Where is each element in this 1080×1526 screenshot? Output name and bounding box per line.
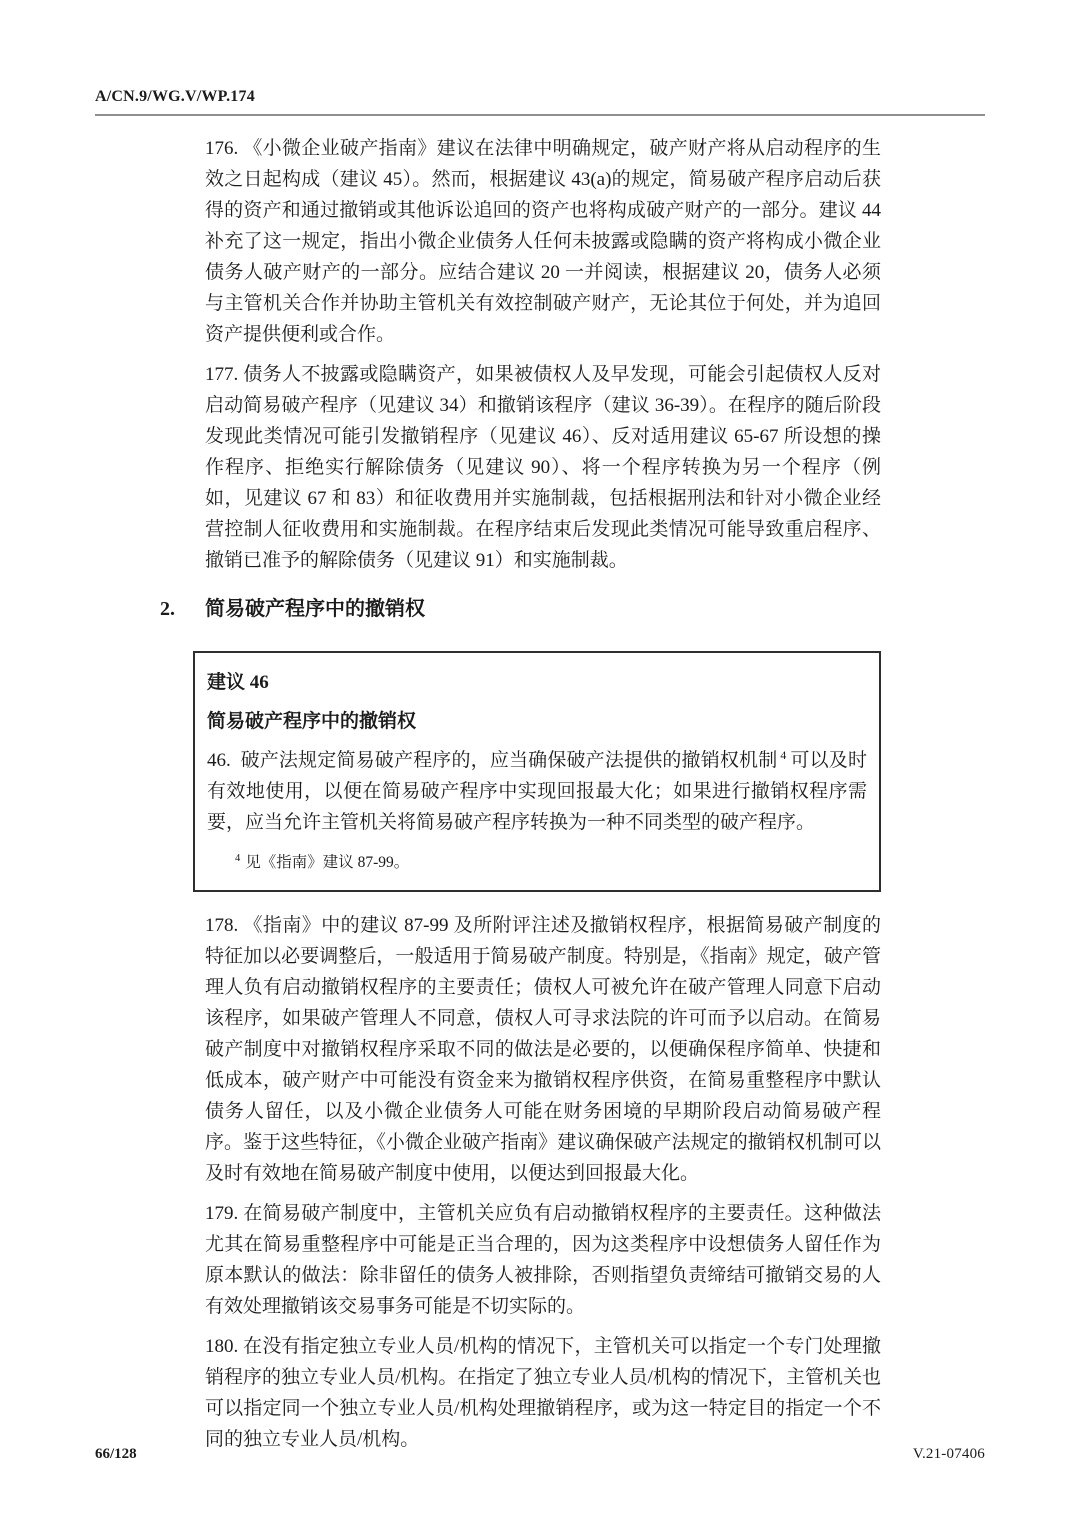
section-number: 2. xyxy=(160,598,205,621)
paragraph-178: 178. 《指南》中的建议 87-99 及所附评注述及撤销权程序，根据简易破产制… xyxy=(205,910,881,1189)
paragraph-177: 177. 债务人不披露或隐瞒资产，如果被债权人及早发现，可能会引起债权人反对启动… xyxy=(205,359,881,576)
document-code: V.21-07406 xyxy=(913,1446,985,1463)
document-symbol: A/CN.9/WG.V/WP.174 xyxy=(95,88,985,106)
section-title: 简易破产程序中的撤销权 xyxy=(205,592,425,621)
page-header: A/CN.9/WG.V/WP.174 xyxy=(95,88,985,116)
recommendation-46-text: 46. 破产法规定简易破产程序的，应当确保破产法提供的撤销权机制4可以及时有效地… xyxy=(207,745,867,838)
footnote-reference: 4 xyxy=(780,749,786,762)
section-heading: 2. 简易破产程序中的撤销权 xyxy=(160,592,881,621)
recommendation-box: 建议 46 简易破产程序中的撤销权 46. 破产法规定简易破产程序的，应当确保破… xyxy=(193,651,881,892)
page-footer: 66/128 V.21-07406 xyxy=(95,1446,985,1463)
footnote-4: 4见《指南》建议 87-99。 xyxy=(207,852,867,874)
document-page: A/CN.9/WG.V/WP.174 176. 《小微企业破产指南》建议在法律中… xyxy=(0,0,1080,1526)
footnote-text: 见《指南》建议 87-99。 xyxy=(245,854,409,871)
footnote-marker: 4 xyxy=(235,853,240,864)
recommendation-46-text-before-footnote: 46. 破产法规定简易破产程序的，应当确保破产法提供的撤销权机制 xyxy=(207,750,777,771)
document-body: 176. 《小微企业破产指南》建议在法律中明确规定，破产财产将从启动程序的生效之… xyxy=(205,116,881,1455)
recommendation-box-subtitle: 简易破产程序中的撤销权 xyxy=(207,706,867,733)
recommendation-box-title: 建议 46 xyxy=(207,667,867,694)
paragraph-176: 176. 《小微企业破产指南》建议在法律中明确规定，破产财产将从启动程序的生效之… xyxy=(205,133,881,350)
page-number: 66/128 xyxy=(95,1446,137,1463)
paragraph-180: 180. 在没有指定独立专业人员/机构的情况下，主管机关可以指定一个专门处理撤销… xyxy=(205,1331,881,1455)
paragraph-179: 179. 在简易破产制度中，主管机关应负有启动撤销权程序的主要责任。这种做法尤其… xyxy=(205,1198,881,1322)
